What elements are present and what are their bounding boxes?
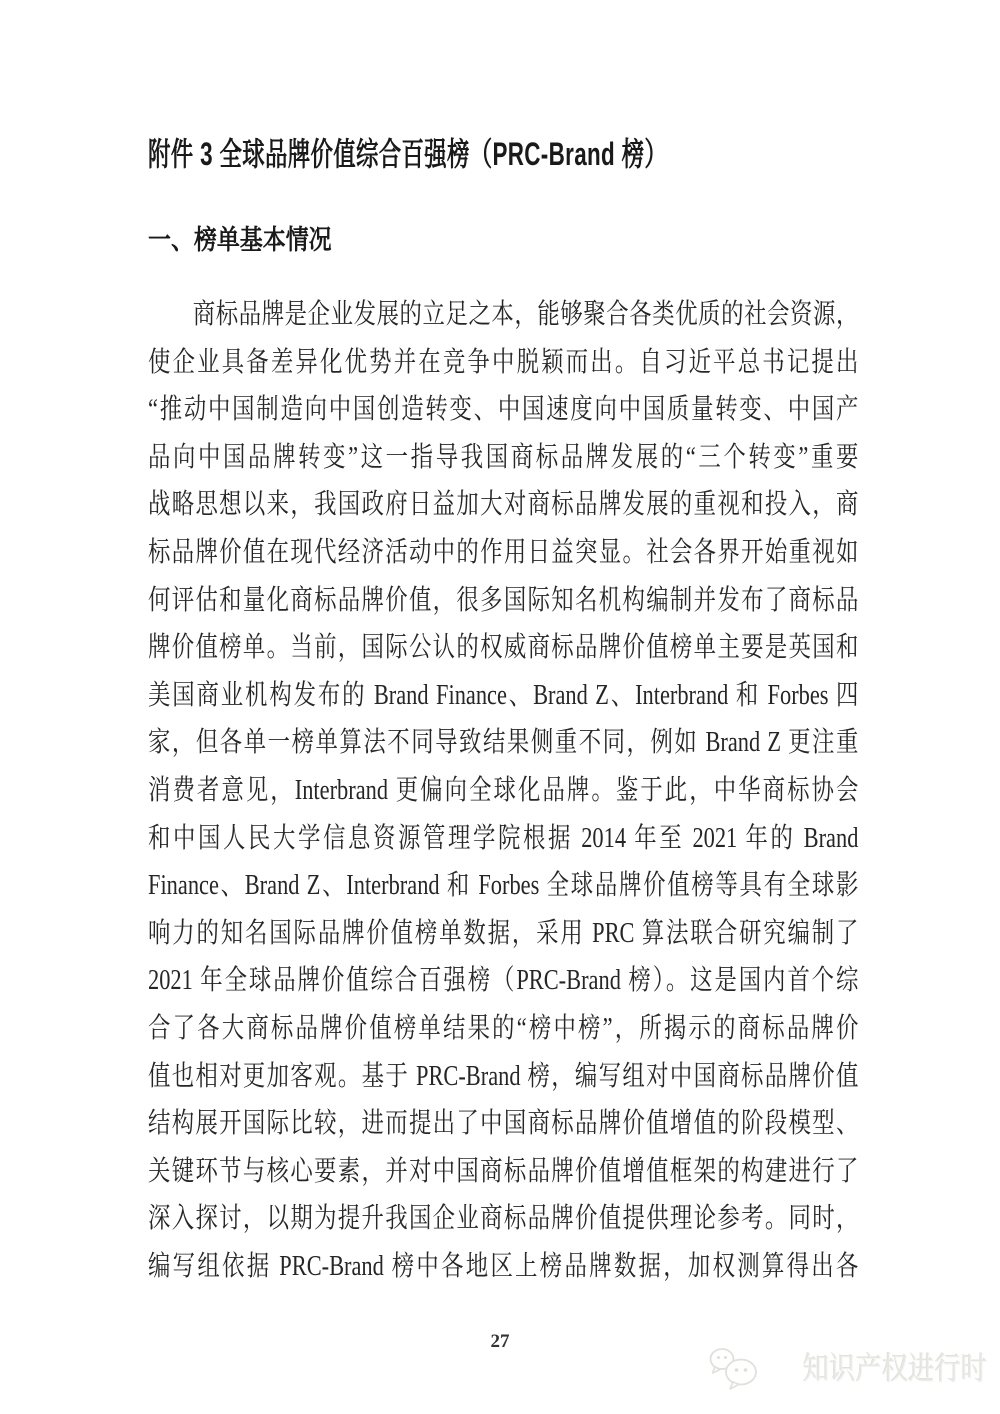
paragraph-line: 战略思想以来，我国政府日益加大对商标品牌发展的重视和投入，商 xyxy=(148,481,858,529)
paragraph-line: 合了各大商标品牌价值榜单结果的“榜中榜”，所揭示的商标品牌价 xyxy=(148,1005,858,1053)
page-content: 附件 3 全球品牌价值综合百强榜（PRC-Brand 榜） 一、榜单基本情况 商… xyxy=(148,134,862,1290)
section-heading: 一、榜单基本情况 xyxy=(148,223,755,257)
paragraph-line: 家，但各单一榜单算法不同导致结果侧重不同，例如 Brand Z 更注重 xyxy=(148,719,858,767)
paragraph-line: 消费者意见，Interbrand 更偏向全球化品牌。鉴于此，中华商标协会 xyxy=(148,767,858,815)
paragraph-line: 何评估和量化商标品牌价值，很多国际知名机构编制并发布了商标品 xyxy=(148,577,858,625)
paragraph-line: 标品牌价值在现代经济活动中的作用日益突显。社会各界开始重视如 xyxy=(148,529,858,577)
body-paragraph: 商标品牌是企业发展的立足之本，能够聚合各类优质的社会资源， 使企业具备差异化优势… xyxy=(148,291,862,1290)
paragraph-line: 值也相对更加客观。基于 PRC-Brand 榜，编写组对中国商标品牌价值 xyxy=(148,1053,858,1101)
paragraph-line: 深入探讨，以期为提升我国企业商标品牌价值提供理论参考。同时， xyxy=(148,1195,858,1243)
document-title: 附件 3 全球品牌价值综合百强榜（PRC-Brand 榜） xyxy=(148,134,666,174)
paragraph-line: 和中国人民大学信息资源管理学院根据 2014 年至 2021 年的 Brand xyxy=(148,815,858,863)
document-page: 附件 3 全球品牌价值综合百强榜（PRC-Brand 榜） 一、榜单基本情况 商… xyxy=(0,0,1000,1414)
watermark-text: 知识产权进行时 xyxy=(803,1346,987,1392)
paragraph-line: “推动中国制造向中国创造转变、中国速度向中国质量转变、中国产 xyxy=(148,386,858,434)
paragraph-line: 美国商业机构发布的 Brand Finance、Brand Z、Interbra… xyxy=(148,672,858,720)
paragraph-line: 品向中国品牌转变”这一指导我国商标品牌发展的“三个转变”重要 xyxy=(148,434,858,482)
paragraph-line: Finance、Brand Z、Interbrand 和 Forbes 全球品牌… xyxy=(148,862,858,910)
paragraph-line: 商标品牌是企业发展的立足之本，能够聚合各类优质的社会资源， xyxy=(148,291,858,339)
paragraph-line: 结构展开国际比较，进而提出了中国商标品牌价值增值的阶段模型、 xyxy=(148,1100,858,1148)
paragraph-line: 编写组依据 PRC-Brand 榜中各地区上榜品牌数据，加权测算得出各 xyxy=(148,1243,858,1291)
paragraph-line: 牌价值榜单。当前，国际公认的权威商标品牌价值榜单主要是英国和 xyxy=(148,624,858,672)
paragraph-line: 2021 年全球品牌价值综合百强榜（PRC-Brand 榜）。这是国内首个综 xyxy=(148,957,858,1005)
wechat-chat-bubbles-icon xyxy=(708,1346,760,1392)
paragraph-line: 响力的知名国际品牌价值榜单数据，采用 PRC 算法联合研究编制了 xyxy=(148,910,858,958)
watermark: 知识产权进行时 xyxy=(708,1346,987,1392)
paragraph-line: 使企业具备差异化优势并在竞争中脱颖而出。自习近平总书记提出 xyxy=(148,339,858,387)
paragraph-line: 关键环节与核心要素，并对中国商标品牌价值增值框架的构建进行了 xyxy=(148,1148,858,1196)
